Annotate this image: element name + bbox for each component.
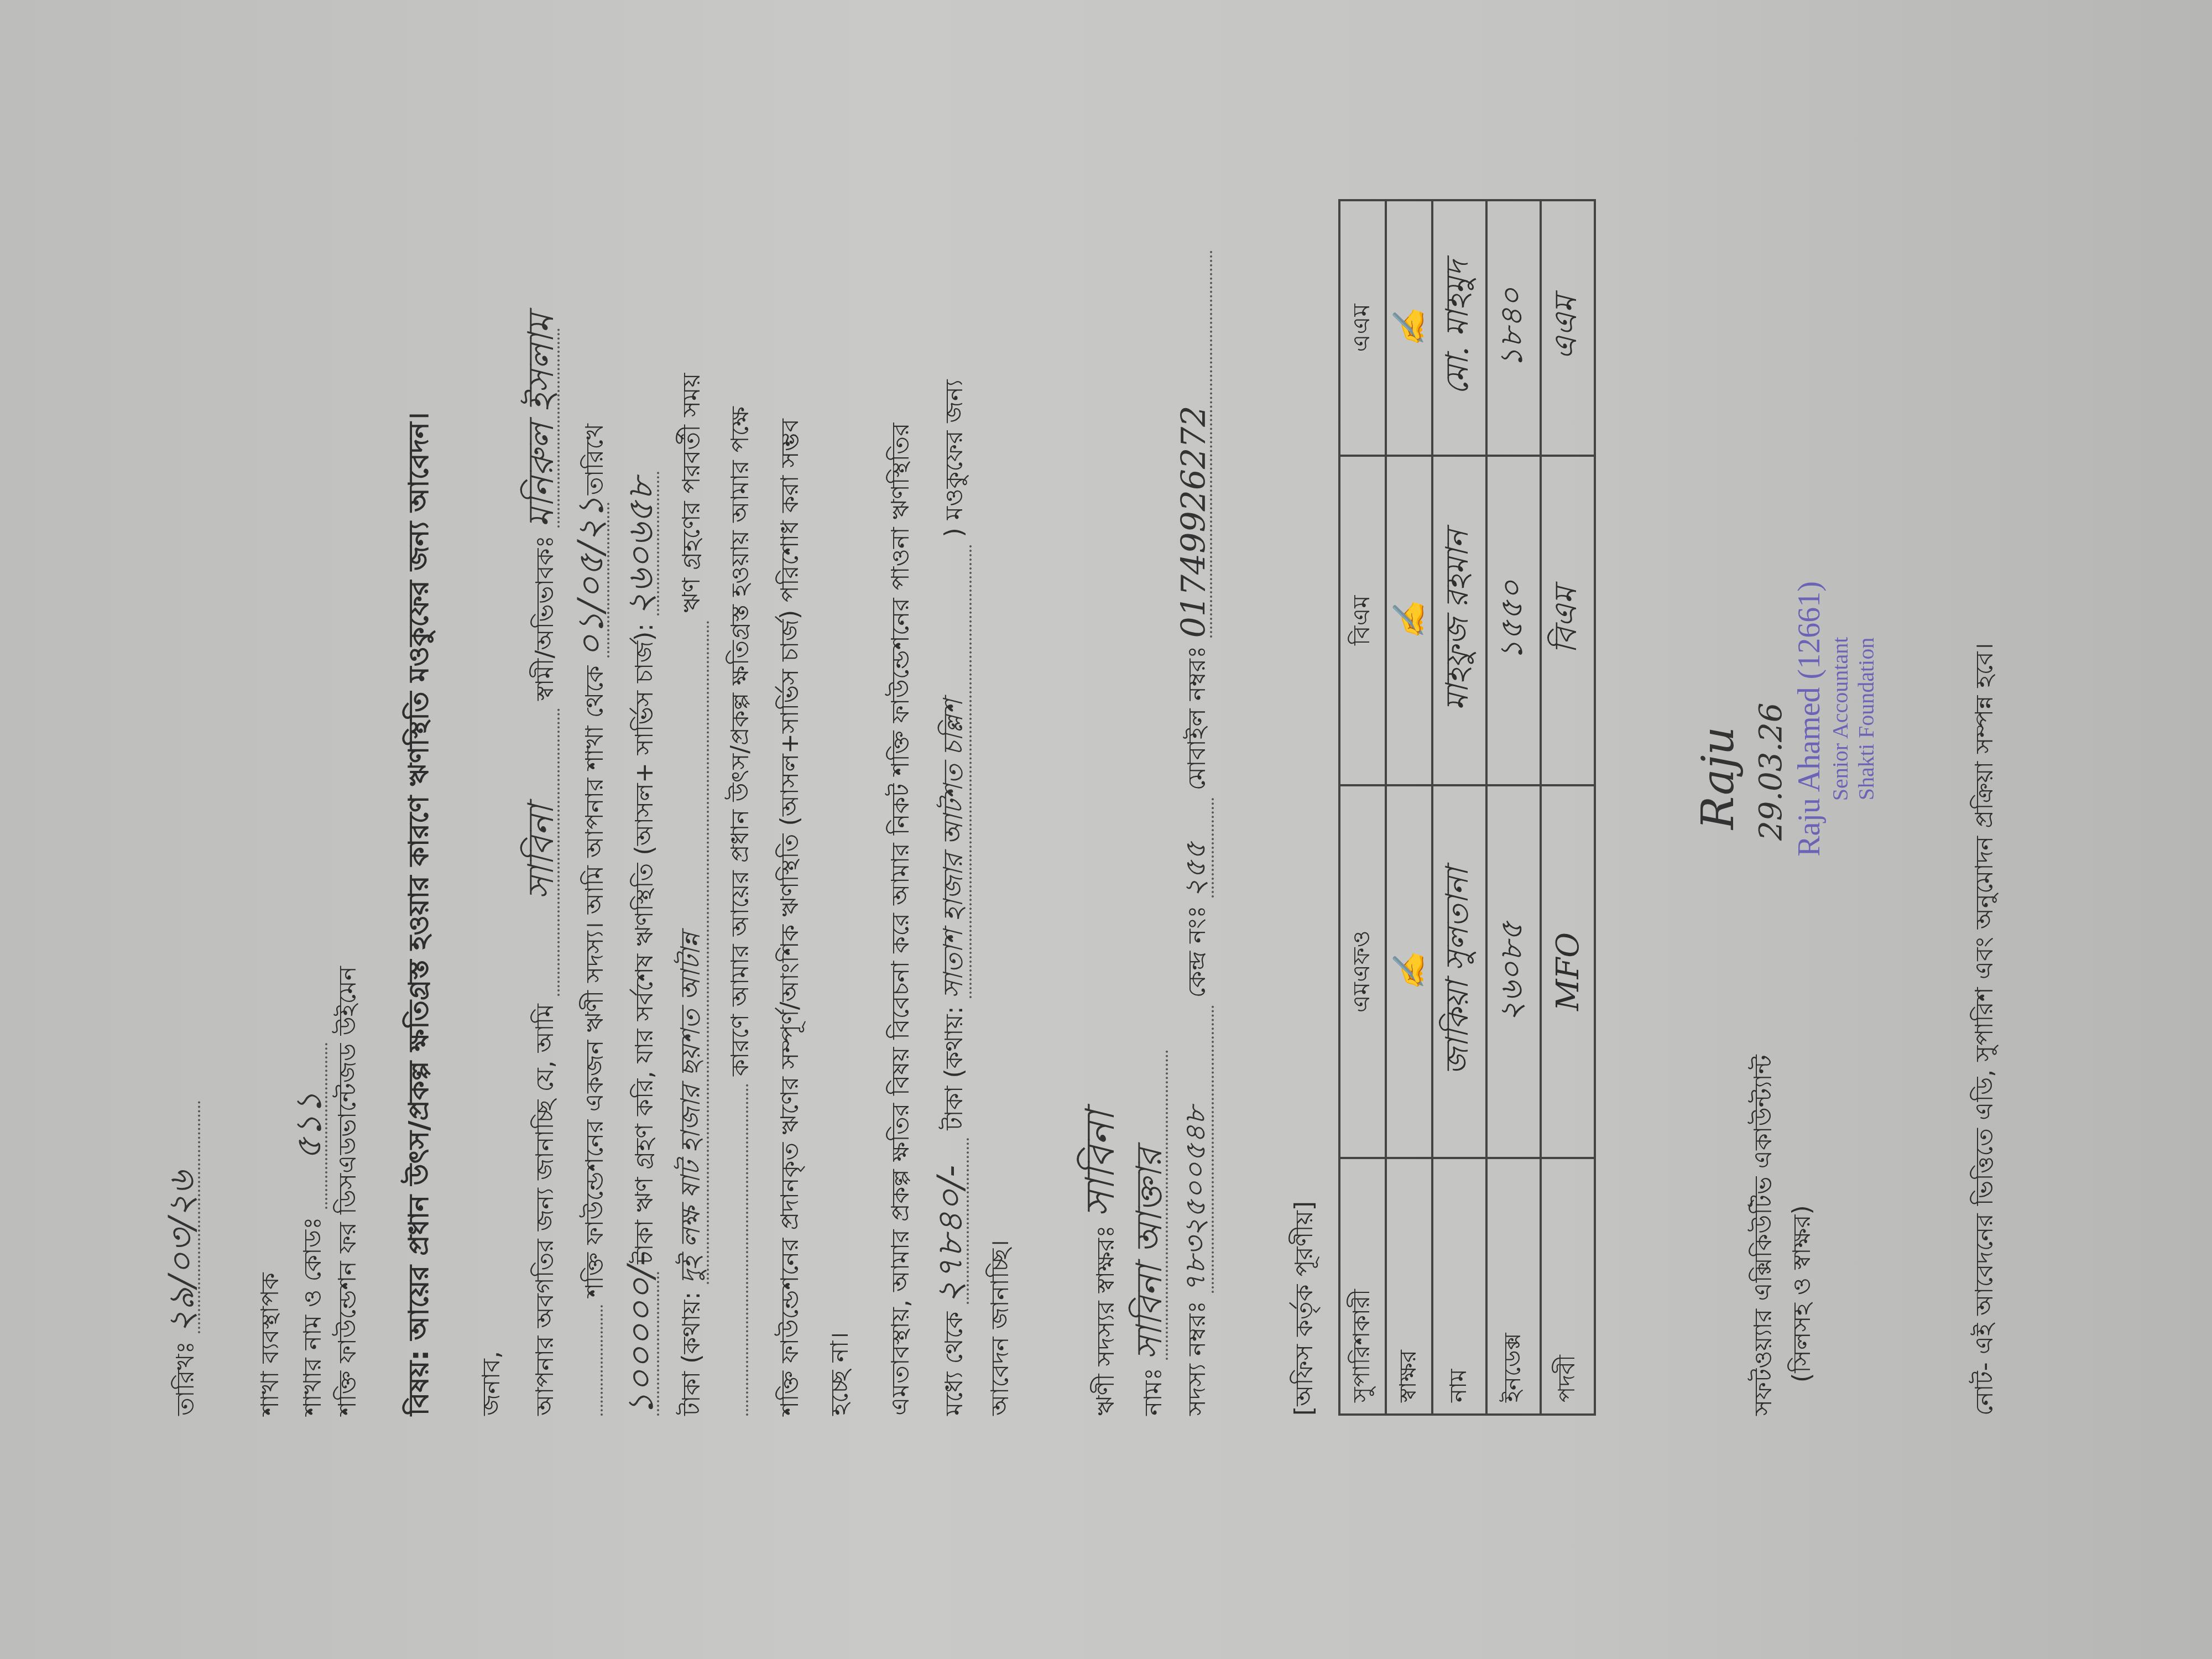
center-label: কেন্দ্র নংঃ: [1183, 905, 1211, 998]
row-label: স্বাক্ষর: [1386, 1158, 1432, 1415]
text: টাকা (কথায়:: [677, 1292, 706, 1416]
waiver-amount-field[interactable]: ২৭৮৪০/-: [935, 1138, 969, 1304]
org-line: শক্তি ফাউন্ডেশন ফর ডিসএডভান্টেজড উইমেন: [332, 966, 364, 1416]
footer-note: নোট- এই আবেদনের ভিত্তিতে এডি, সুপারিশ এব…: [1969, 643, 2001, 1416]
text: শক্তি ফাউন্ডেশনের একজন ঋণী সদস্য। আমি আপ…: [581, 665, 609, 1297]
header-cell: এমএফও: [1339, 785, 1386, 1158]
p2-line1: এমতাবস্থায়, আমার প্রকল্প ক্ষতির বিষয় ব…: [885, 423, 917, 1416]
signer-title: সফটওয়্যার এক্সিকিউটিভ একাউন্ট্যান্ট: [1747, 1055, 1780, 1416]
number-label: সদস্য নম্বরঃ: [1183, 1301, 1211, 1416]
member-number-field[interactable]: ৭৮৩২৫০০৫৪৮: [1180, 1005, 1214, 1293]
text: টাকা ঋণ গ্রহণ করি, যার সর্বশেষ ঋণস্থিতি …: [630, 623, 659, 1264]
row-label: ইনডেক্স: [1486, 1158, 1541, 1415]
loan-date-field[interactable]: ০১/০৫/২১: [575, 503, 609, 658]
office-recommendation-table: সুপারিশকারী এমএফও বিএম এএম স্বাক্ষর ✍ ✍ …: [1338, 199, 1596, 1416]
row-label: পদবী: [1541, 1158, 1595, 1415]
table-row: পদবী MFO বিএম এএম: [1541, 200, 1595, 1415]
branch-row: শাখার নাম ও কোডঃ ৫১১: [293, 1043, 329, 1416]
p1-line3: ১০০০০০/- টাকা ঋণ গ্রহণ করি, যার সর্বশেষ …: [625, 472, 661, 1416]
p1-line6: শক্তি ফাউন্ডেশনের প্রদানকৃত ঋণের সম্পূর্…: [774, 419, 806, 1416]
table-cell[interactable]: MFO: [1541, 785, 1595, 1158]
p1-line2: শক্তি ফাউন্ডেশনের একজন ঋণী সদস্য। আমি আপ…: [575, 424, 611, 1416]
mobile-field[interactable]: 01749926272: [1178, 251, 1212, 638]
text: তারিখে: [581, 424, 609, 495]
balance-field[interactable]: ২৬০৬৫৮: [625, 472, 659, 615]
row-label: নাম: [1432, 1158, 1486, 1415]
signer-date: 29.03.26: [1753, 703, 1789, 841]
name-label: নামঃ: [1139, 1368, 1167, 1416]
date-row: তারিখঃ ২৯/০৩/২৬: [166, 1101, 202, 1416]
table-cell[interactable]: ১৫৫০: [1486, 456, 1541, 785]
center-field[interactable]: ২৫৫: [1180, 798, 1214, 898]
borrower-name-field[interactable]: সাবিনা: [525, 708, 560, 996]
signer-signature: Raju: [1692, 727, 1744, 830]
table-cell[interactable]: জাকিয়া সুলতানা: [1432, 785, 1486, 1158]
p1-line4: টাকা (কথায়: দুই লক্ষ ষাট হাজার ছয়শত আট…: [675, 373, 709, 1416]
text: ঋণ গ্রহণের পরবর্তী সময়: [677, 373, 706, 613]
loan-amount-field[interactable]: ১০০০০০/-: [625, 1272, 659, 1416]
table-cell[interactable]: মো. মাহমুদ: [1432, 200, 1486, 456]
header-cell: বিএম: [1339, 456, 1386, 785]
text: ) মওকুফের জন্য: [940, 379, 968, 537]
accountant-stamp: Raju Ahamed (12661) Senior Accountant Sh…: [1792, 498, 1879, 940]
salutation: জনাব,: [476, 1351, 508, 1416]
table-cell[interactable]: ২৬০৮৫: [1486, 785, 1541, 1158]
p1-line1: আপনার অবগতির জন্য জানাচ্ছি যে, আমি সাবিন…: [525, 328, 561, 1416]
guardian-field[interactable]: মনিরুল ইসলাম: [525, 328, 560, 528]
signer-subtitle: (সিলসহ ও স্বাক্ষর): [1786, 1205, 1818, 1383]
office-caption: [অফিস কর্তৃক পূরণীয়]: [1288, 1201, 1321, 1416]
mobile-label: মোবাইল নম্বরঃ: [1183, 645, 1211, 790]
text: টাকা (কথায়:: [940, 1006, 968, 1130]
subject-line: বিষয়: আয়ের প্রধান উৎস/প্রকল্প ক্ষতিগ্র…: [398, 412, 444, 1416]
member-number-row: সদস্য নম্বরঃ ৭৮৩২৫০০৫৪৮ কেন্দ্র নংঃ ২৫৫ …: [1178, 251, 1214, 1416]
date-label: তারিখঃ: [171, 1341, 200, 1416]
to-line: শাখা ব্যবস্থাপক: [254, 1272, 286, 1416]
table-cell[interactable]: বিএম: [1541, 456, 1595, 785]
member-signature-row: ঋণী সদস্যর স্বাক্ষরঃ সাবিনা: [1084, 1110, 1122, 1416]
text: স্বামী/অভিভাবকঃ: [531, 535, 559, 701]
table-row: নাম জাকিয়া সুলতানা মাহফুজ রহমান মো. মাহ…: [1432, 200, 1486, 1415]
application-form-page: তারিখঃ ২৯/০৩/২৬ শাখা ব্যবস্থাপক শাখার না…: [0, 0, 2212, 1659]
p1-line7: হচ্ছে না।: [824, 1332, 856, 1416]
branch-label: শাখার নাম ও কোডঃ: [299, 1217, 327, 1416]
waiver-words-field[interactable]: সাতাশ হাজার আটশত চল্লিশ: [937, 545, 972, 998]
blank: [601, 1305, 603, 1416]
p1-line5: কারণে আমার আয়ের প্রধান উৎস/প্রকল্প ক্ষত…: [724, 406, 757, 1416]
table-cell[interactable]: ১৮৪০: [1486, 200, 1541, 456]
table-row: ইনডেক্স ২৬০৮৫ ১৫৫০ ১৮৪০: [1486, 200, 1541, 1415]
member-name-row: নামঃ সাবিনা আক্তার: [1134, 1050, 1170, 1416]
balance-words-field[interactable]: দুই লক্ষ ষাট হাজার ছয়শত আটান্ন: [675, 620, 709, 1284]
table-cell[interactable]: মাহফুজ রহমান: [1432, 456, 1486, 785]
p2-line2: মধ্যে থেকে ২৭৮৪০/- টাকা (কথায়: সাতাশ হা…: [935, 379, 972, 1416]
header-cell: এএম: [1339, 200, 1386, 456]
date-field[interactable]: ২৯/০৩/২৬: [166, 1101, 200, 1333]
member-name-field[interactable]: সাবিনা আক্তার: [1134, 1050, 1168, 1360]
am-signature[interactable]: ✍: [1386, 200, 1432, 456]
text: কারণে আমার আয়ের প্রধান উৎস/প্রকল্প ক্ষত…: [726, 406, 754, 1076]
stamp-name: Raju Ahamed (12661): [1792, 498, 1827, 940]
p2-line3: আবেদন জানাচ্ছি।: [984, 1240, 1016, 1416]
reason-field[interactable]: [746, 1084, 748, 1416]
text: মধ্যে থেকে: [940, 1312, 968, 1416]
table-header-row: সুপারিশকারী এমএফও বিএম এএম: [1339, 200, 1386, 1415]
mfo-signature[interactable]: ✍: [1386, 785, 1432, 1158]
table-cell[interactable]: এএম: [1541, 200, 1595, 456]
member-signature[interactable]: সাবিনা: [1077, 1110, 1123, 1217]
branch-field[interactable]: ৫১১: [293, 1043, 327, 1209]
signature-label: ঋণী সদস্যর স্বাক্ষরঃ: [1092, 1225, 1120, 1416]
stamp-title: Senior Accountant: [1827, 498, 1853, 940]
text: আপনার অবগতির জন্য জানাচ্ছি যে, আমি: [531, 1004, 559, 1416]
bm-signature[interactable]: ✍: [1386, 456, 1432, 785]
header-cell: সুপারিশকারী: [1339, 1158, 1386, 1415]
stamp-org: Shakti Foundation: [1853, 498, 1879, 940]
table-row: স্বাক্ষর ✍ ✍ ✍: [1386, 200, 1432, 1415]
